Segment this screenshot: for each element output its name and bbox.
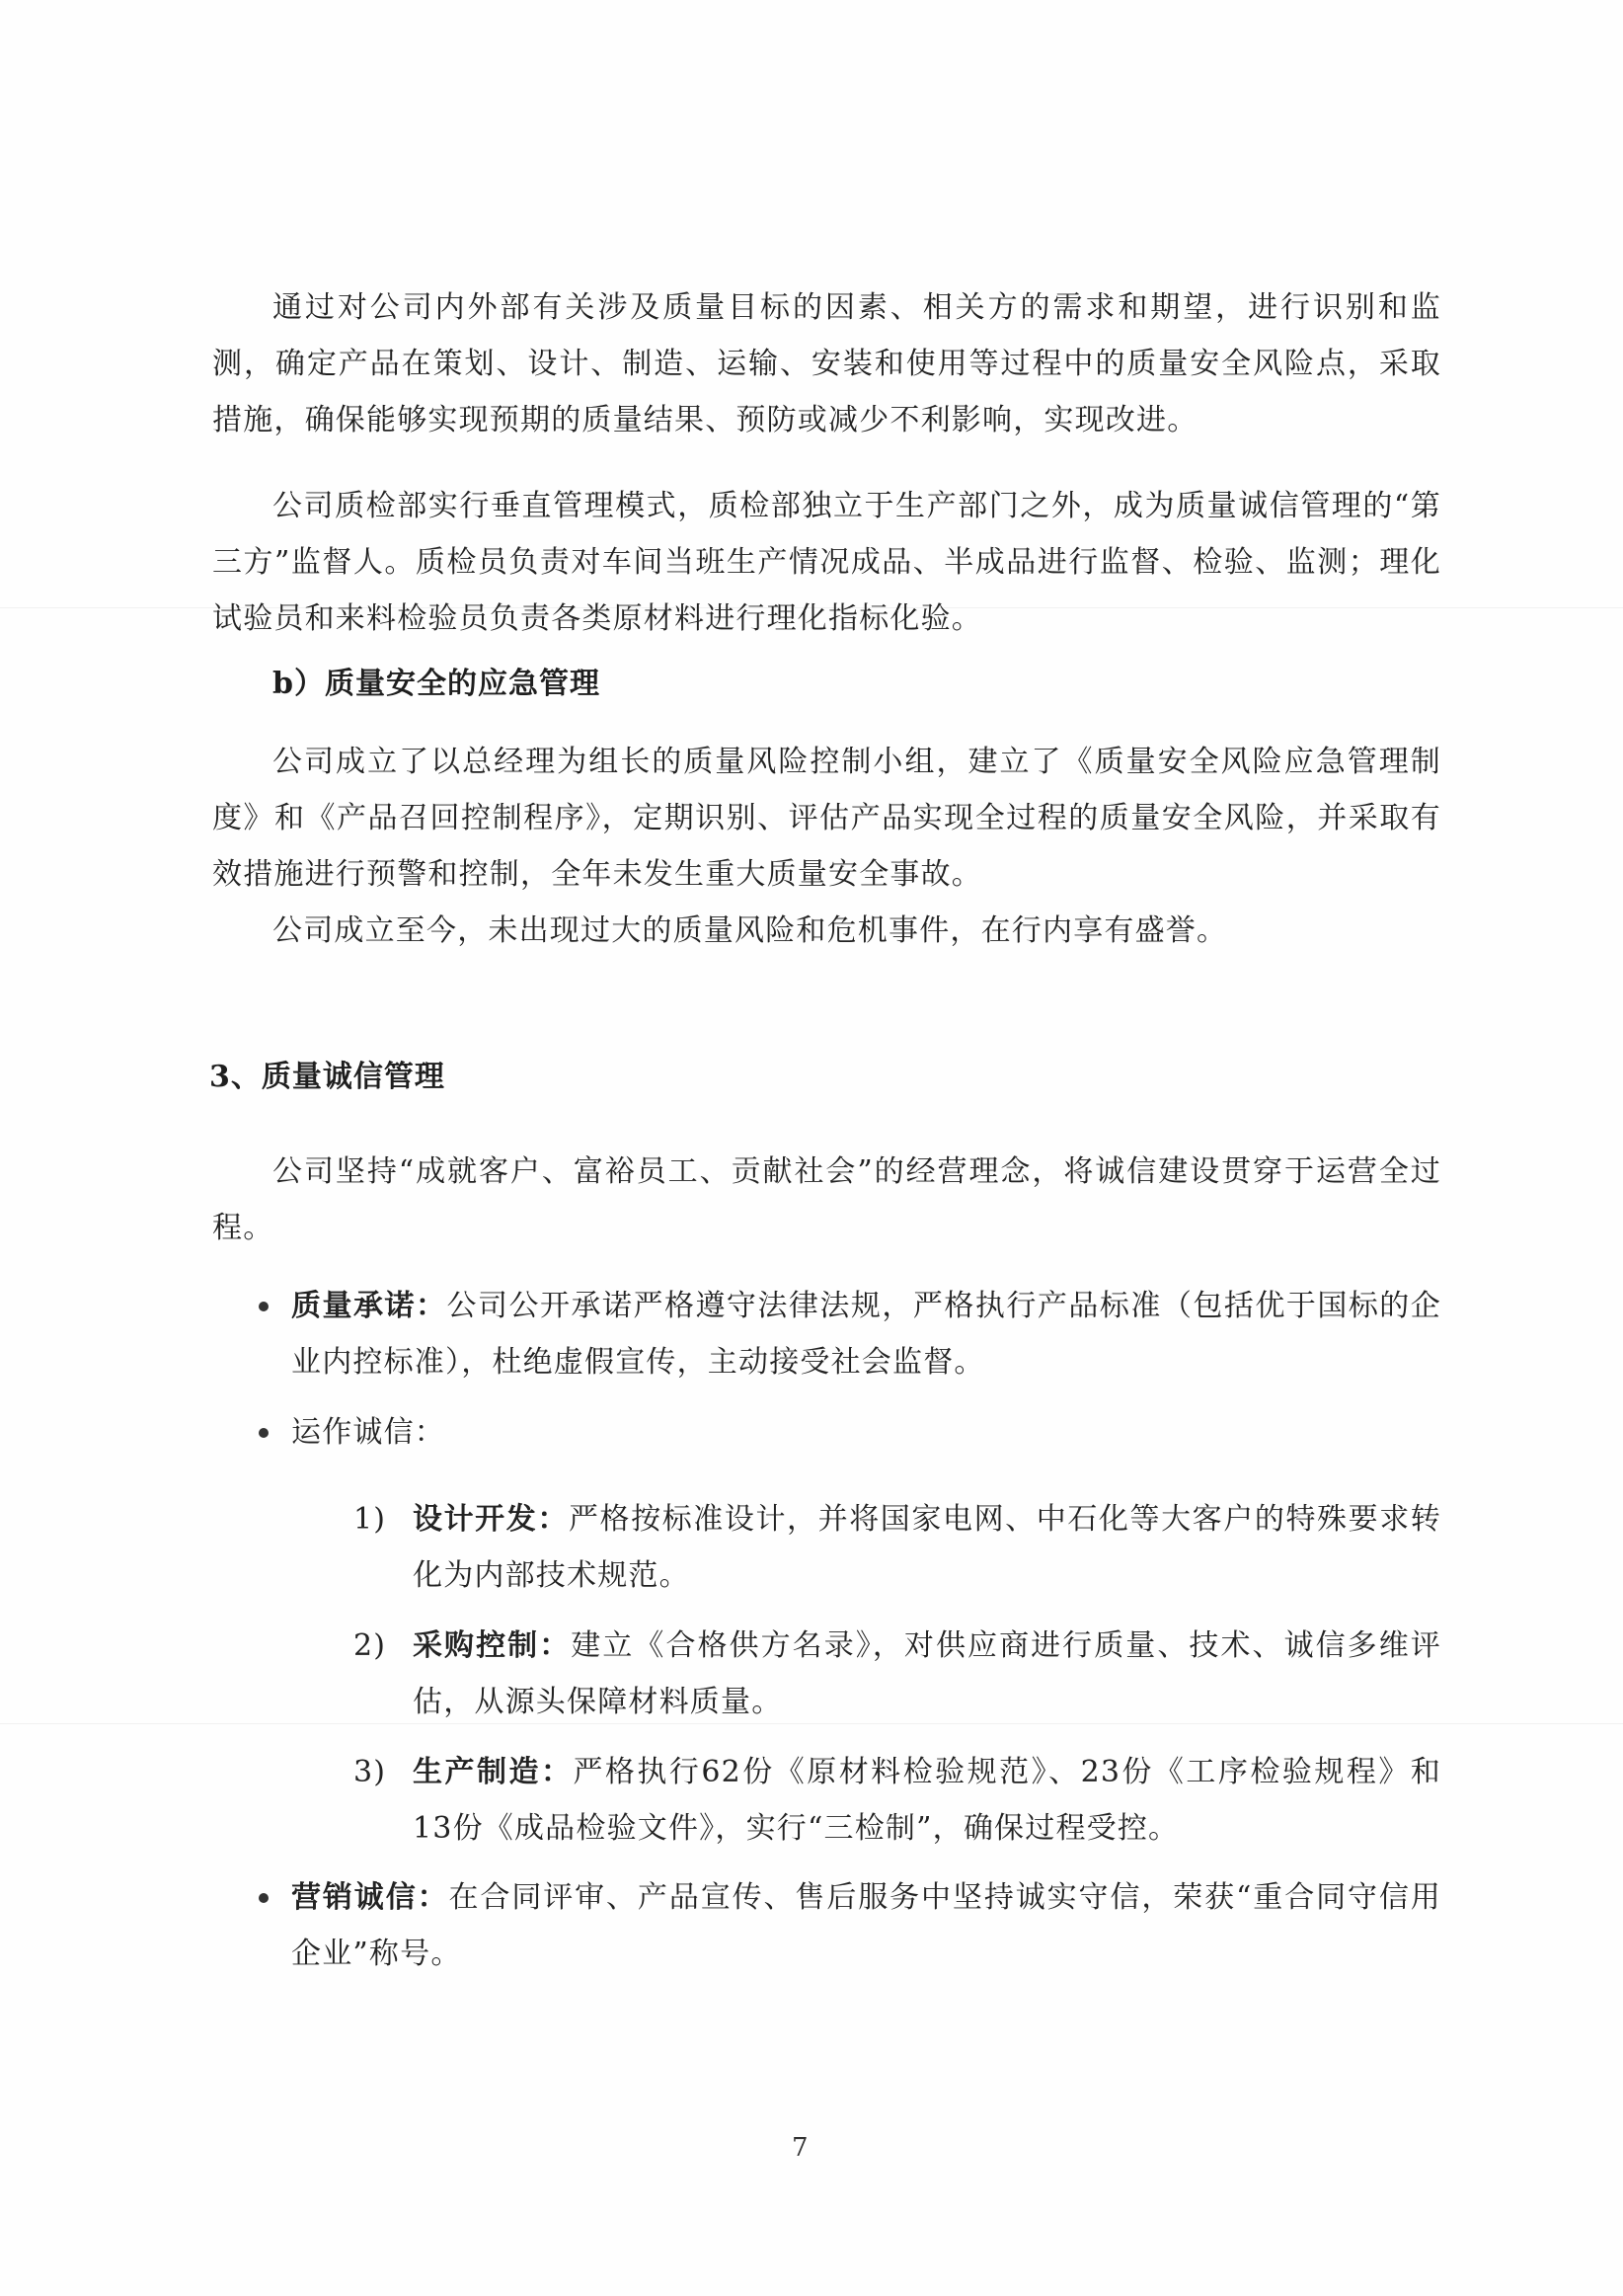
- section-heading-quality-integrity: 3、质量诚信管理: [209, 1049, 445, 1105]
- emergency-paragraph-block: 公司成立了以总经理为组长的质量风险控制小组，建立了《质量安全风险应急管理制度》和…: [212, 734, 1441, 903]
- paragraph-quality-dept: 公司质检部实行垂直管理模式，质检部独立于生产部门之外，成为质量诚信管理的“第三方…: [212, 478, 1441, 647]
- document-page: 通过对公司内外部有关涉及质量目标的因素、相关方的需求和期望，进行识别和监测，确定…: [0, 0, 1623, 2296]
- subitem-lead: 采购控制：: [413, 1628, 571, 1663]
- bullet-quality-commitment: 质量承诺：公司公开承诺严格遵守法律法规，严格执行产品标准（包括优于国标的企业内控…: [291, 1278, 1441, 1390]
- bullet-text: 在合同评审、产品宣传、售后服务中坚持诚实守信，荣获“重合同守信用企业”称号。: [291, 1880, 1441, 1971]
- bullet-text: 运作诚信：: [291, 1415, 445, 1450]
- subitem-lead: 设计开发：: [413, 1502, 569, 1537]
- bullet-icon: [259, 1302, 269, 1311]
- bullet-text: 公司公开承诺严格遵守法律法规，严格执行产品标准（包括优于国标的企业内控标准），杜…: [291, 1289, 1441, 1380]
- bullet-icon: [259, 1893, 269, 1903]
- intro-paragraph-block: 通过对公司内外部有关涉及质量目标的因素、相关方的需求和期望，进行识别和监测，确定…: [212, 279, 1441, 448]
- bullet-icon: [259, 1428, 269, 1438]
- bullet-operational-integrity: 运作诚信：: [291, 1404, 1441, 1461]
- emergency-paragraph-block: 公司成立至今，未出现过大的质量风险和危机事件，在行内享有盛誉。: [212, 903, 1441, 959]
- intro-paragraph-block: 公司质检部实行垂直管理模式，质检部独立于生产部门之外，成为质量诚信管理的“第三方…: [212, 478, 1441, 647]
- subheading-emergency-management: b）质量安全的应急管理: [272, 656, 600, 712]
- bullet-marketing-integrity: 营销诚信：在合同评审、产品宣传、售后服务中坚持诚实守信，荣获“重合同守信用企业”…: [291, 1869, 1441, 1982]
- paragraph-risk-control-group: 公司成立了以总经理为组长的质量风险控制小组，建立了《质量安全风险应急管理制度》和…: [212, 734, 1441, 903]
- section-intro-block: 公司坚持“成就客户、富裕员工、贡献社会”的经营理念，将诚信建设贯穿于运营全过程。: [212, 1144, 1441, 1256]
- paragraph-reputation: 公司成立至今，未出现过大的质量风险和危机事件，在行内享有盛誉。: [212, 903, 1441, 959]
- subitem-lead: 生产制造：: [413, 1755, 573, 1789]
- subitem-production: 3) 生产制造：严格执行62份《原材料检验规范》、23份《工序检验规程》和13份…: [413, 1744, 1441, 1857]
- list-number: 1): [353, 1491, 386, 1547]
- bullet-lead: 质量承诺：: [291, 1289, 446, 1323]
- subitem-procurement-control: 2) 采购控制：建立《合格供方名录》，对供应商进行质量、技术、诚信多维评估，从源…: [413, 1618, 1441, 1730]
- list-number: 2): [353, 1618, 386, 1674]
- bullet-lead: 营销诚信：: [291, 1880, 449, 1915]
- page-number: 7: [792, 2133, 809, 2163]
- paragraph-risk-identification: 通过对公司内外部有关涉及质量目标的因素、相关方的需求和期望，进行识别和监测，确定…: [212, 279, 1441, 448]
- subitem-design-development: 1) 设计开发：严格按标准设计，并将国家电网、中石化等大客户的特殊要求转化为内部…: [413, 1491, 1441, 1604]
- paragraph-business-philosophy: 公司坚持“成就客户、富裕员工、贡献社会”的经营理念，将诚信建设贯穿于运营全过程。: [212, 1144, 1441, 1256]
- list-number: 3): [353, 1744, 386, 1800]
